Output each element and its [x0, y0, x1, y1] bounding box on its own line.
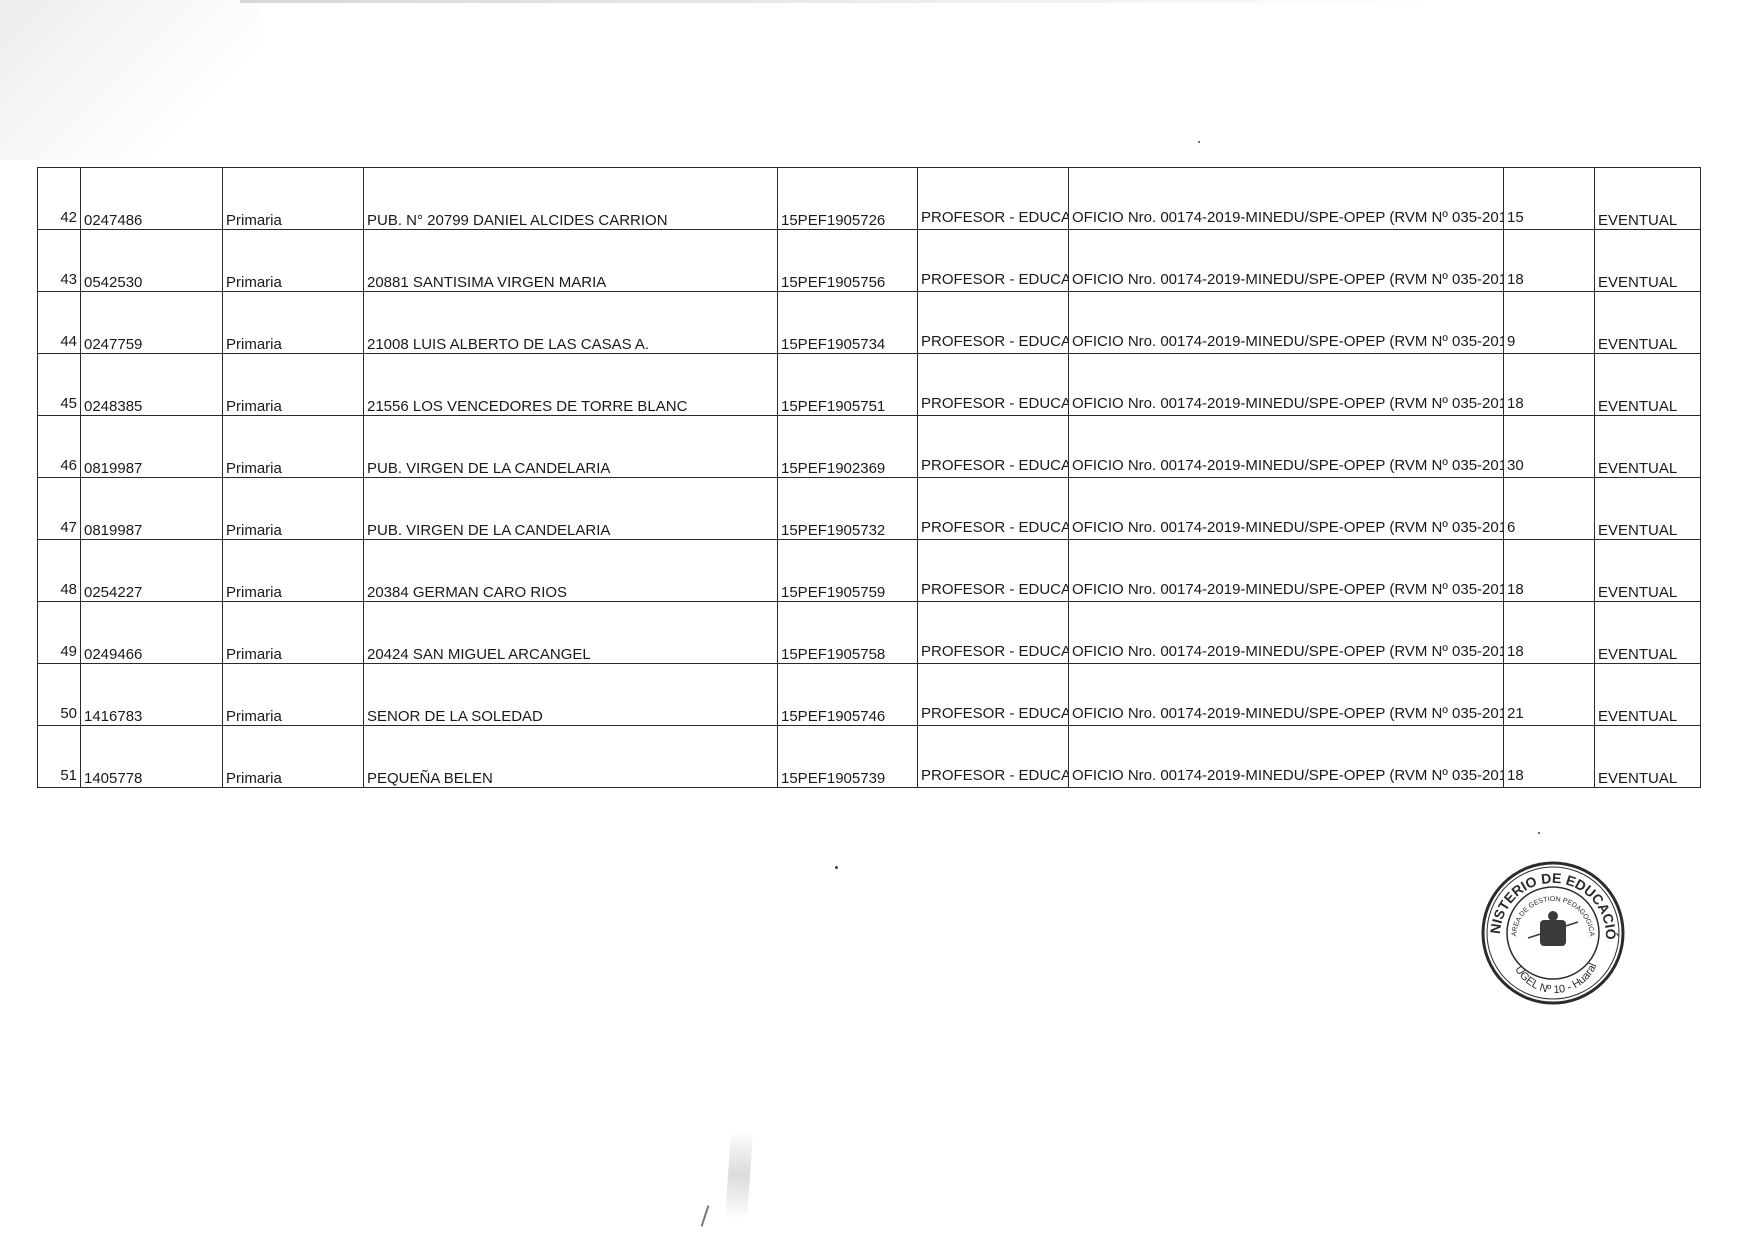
plaza-code: 15PEF1905756 [781, 273, 885, 292]
modular-code-cell: 0819987 [81, 478, 223, 540]
position-role: PROFESOR - EDUCACION FISICA [921, 456, 1069, 476]
position-role-cell: PROFESOR - EDUCACION FISICA [918, 292, 1069, 354]
modular-code: 0819987 [84, 521, 142, 540]
school-name-cell: PUB. VIRGEN DE LA CANDELARIA [364, 478, 778, 540]
school-name-cell: PEQUEÑA BELEN [364, 726, 778, 788]
plaza-code-cell: 15PEF1905746 [778, 664, 918, 726]
stamp-seal-icon: MINISTERIO DE EDUCACIÓN AREA DE GESTION … [1478, 858, 1628, 1008]
education-level: Primaria [226, 645, 282, 664]
plaza-code: 15PEF1905726 [781, 211, 885, 230]
position-role: PROFESOR - EDUCACION FISICA [921, 332, 1069, 352]
oficio-reference-cell: OFICIO Nro. 00174-2019-MINEDU/SPE-OPEP (… [1069, 354, 1504, 416]
plaza-code: 15PEF1905732 [781, 521, 885, 540]
oficio-reference-cell: OFICIO Nro. 00174-2019-MINEDU/SPE-OPEP (… [1069, 416, 1504, 478]
hours-count: 9 [1507, 332, 1515, 352]
hours-count-cell: 18 [1504, 726, 1595, 788]
modular-code-cell: 0247759 [81, 292, 223, 354]
school-name: 21008 LUIS ALBERTO DE LAS CASAS A. [367, 335, 649, 354]
school-name-cell: 21556 LOS VENCEDORES DE TORRE BLANC [364, 354, 778, 416]
hours-count: 18 [1507, 270, 1524, 290]
education-level-cell: Primaria [223, 168, 364, 230]
row-number-cell: 45 [38, 354, 81, 416]
education-level-cell: Primaria [223, 354, 364, 416]
modular-code: 0247486 [84, 211, 142, 230]
hours-count-cell: 21 [1504, 664, 1595, 726]
position-role-cell: PROFESOR - EDUCACION FISICA [918, 416, 1069, 478]
education-level-cell: Primaria [223, 230, 364, 292]
contract-type-cell: EVENTUAL [1595, 354, 1701, 416]
contract-type: EVENTUAL [1598, 769, 1677, 788]
hours-count: 21 [1507, 704, 1524, 724]
oficio-reference-cell: OFICIO Nro. 00174-2019-MINEDU/SPE-OPEP (… [1069, 602, 1504, 664]
contract-type-cell: EVENTUAL [1595, 664, 1701, 726]
plaza-code-cell: 15PEF1905739 [778, 726, 918, 788]
contract-type-cell: EVENTUAL [1595, 416, 1701, 478]
contract-type: EVENTUAL [1598, 211, 1677, 230]
modular-code: 0248385 [84, 397, 142, 416]
education-level: Primaria [226, 769, 282, 788]
contract-type: EVENTUAL [1598, 459, 1677, 478]
modular-code: 0542530 [84, 273, 142, 292]
education-level: Primaria [226, 397, 282, 416]
row-number-cell: 43 [38, 230, 81, 292]
modular-code-cell: 0249466 [81, 602, 223, 664]
oficio-reference-cell: OFICIO Nro. 00174-2019-MINEDU/SPE-OPEP (… [1069, 230, 1504, 292]
contract-type: EVENTUAL [1598, 335, 1677, 354]
row-number-cell: 42 [38, 168, 81, 230]
contract-type: EVENTUAL [1598, 583, 1677, 602]
plaza-code-cell: 15PEF1905734 [778, 292, 918, 354]
education-level-cell: Primaria [223, 416, 364, 478]
position-role: PROFESOR - EDUCACION FISICA [921, 766, 1069, 786]
school-name-cell: 21008 LUIS ALBERTO DE LAS CASAS A. [364, 292, 778, 354]
row-number: 43 [60, 270, 77, 290]
position-role: PROFESOR - EDUCACION FISICA [921, 208, 1069, 228]
position-role: PROFESOR - EDUCACION FISICA [921, 580, 1069, 600]
plaza-code: 15PEF1905759 [781, 583, 885, 602]
modular-code-cell: 0248385 [81, 354, 223, 416]
modular-code-cell: 0247486 [81, 168, 223, 230]
plaza-code: 15PEF1905758 [781, 645, 885, 664]
position-role: PROFESOR - EDUCACION FISICA [921, 394, 1069, 414]
modular-code-cell: 1416783 [81, 664, 223, 726]
contract-type-cell: EVENTUAL [1595, 292, 1701, 354]
oficio-reference-cell: OFICIO Nro. 00174-2019-MINEDU/SPE-OPEP (… [1069, 168, 1504, 230]
hours-count-cell: 18 [1504, 602, 1595, 664]
pen-mark [701, 1205, 710, 1227]
row-number: 48 [60, 580, 77, 600]
modular-code-cell: 1405778 [81, 726, 223, 788]
hours-count: 18 [1507, 766, 1524, 786]
contract-type: EVENTUAL [1598, 397, 1677, 416]
position-role: PROFESOR - EDUCACION FISICA [921, 704, 1069, 724]
contract-type: EVENTUAL [1598, 707, 1677, 726]
plaza-code: 15PEF1905751 [781, 397, 885, 416]
row-number: 50 [60, 704, 77, 724]
hours-count-cell: 6 [1504, 478, 1595, 540]
oficio-reference: OFICIO Nro. 00174-2019-MINEDU/SPE-OPEP (… [1072, 518, 1504, 538]
row-number-cell: 47 [38, 478, 81, 540]
education-level: Primaria [226, 583, 282, 602]
school-name: PEQUEÑA BELEN [367, 769, 493, 788]
education-level: Primaria [226, 459, 282, 478]
plaza-code-cell: 15PEF1905756 [778, 230, 918, 292]
row-number-cell: 50 [38, 664, 81, 726]
position-role: PROFESOR - EDUCACION FISICA [921, 642, 1069, 662]
table-row: 490249466Primaria20424 SAN MIGUEL ARCANG… [38, 602, 1701, 664]
hours-count: 15 [1507, 208, 1524, 228]
row-number: 47 [60, 518, 77, 538]
hours-count-cell: 15 [1504, 168, 1595, 230]
row-number-cell: 46 [38, 416, 81, 478]
education-level-cell: Primaria [223, 664, 364, 726]
oficio-reference-cell: OFICIO Nro. 00174-2019-MINEDU/SPE-OPEP (… [1069, 664, 1504, 726]
coat-of-arms-icon [1528, 911, 1578, 946]
oficio-reference: OFICIO Nro. 00174-2019-MINEDU/SPE-OPEP (… [1072, 332, 1504, 352]
education-level-cell: Primaria [223, 726, 364, 788]
school-name-cell: PUB. VIRGEN DE LA CANDELARIA [364, 416, 778, 478]
hours-count-cell: 18 [1504, 230, 1595, 292]
scan-edge [240, 0, 1440, 3]
school-name: PUB. N° 20799 DANIEL ALCIDES CARRION [367, 211, 668, 230]
row-number-cell: 51 [38, 726, 81, 788]
table-row: 440247759Primaria21008 LUIS ALBERTO DE L… [38, 292, 1701, 354]
school-name: 20384 GERMAN CARO RIOS [367, 583, 567, 602]
contract-type-cell: EVENTUAL [1595, 478, 1701, 540]
contract-type-cell: EVENTUAL [1595, 726, 1701, 788]
school-name: PUB. VIRGEN DE LA CANDELARIA [367, 521, 610, 540]
scan-speck [1198, 141, 1200, 143]
oficio-reference: OFICIO Nro. 00174-2019-MINEDU/SPE-OPEP (… [1072, 456, 1504, 476]
plaza-code-cell: 15PEF1902369 [778, 416, 918, 478]
hours-count-cell: 18 [1504, 540, 1595, 602]
table-row: 450248385Primaria21556 LOS VENCEDORES DE… [38, 354, 1701, 416]
contract-type: EVENTUAL [1598, 273, 1677, 292]
school-name-cell: 20424 SAN MIGUEL ARCANGEL [364, 602, 778, 664]
modular-code-cell: 0819987 [81, 416, 223, 478]
school-name-cell: 20881 SANTISIMA VIRGEN MARIA [364, 230, 778, 292]
hours-count-cell: 30 [1504, 416, 1595, 478]
modular-code: 1416783 [84, 707, 142, 726]
position-role: PROFESOR - EDUCACION FISICA [921, 270, 1069, 290]
table-row: 511405778PrimariaPEQUEÑA BELEN15PEF19057… [38, 726, 1701, 788]
plaza-code: 15PEF1905746 [781, 707, 885, 726]
table-row: 501416783PrimariaSENOR DE LA SOLEDAD15PE… [38, 664, 1701, 726]
education-level-cell: Primaria [223, 540, 364, 602]
oficio-reference: OFICIO Nro. 00174-2019-MINEDU/SPE-OPEP (… [1072, 766, 1504, 786]
position-role: PROFESOR - EDUCACION FISICA [921, 518, 1069, 538]
modular-code-cell: 0254227 [81, 540, 223, 602]
row-number: 49 [60, 642, 77, 662]
oficio-reference: OFICIO Nro. 00174-2019-MINEDU/SPE-OPEP (… [1072, 704, 1504, 724]
education-level: Primaria [226, 211, 282, 230]
row-number: 44 [60, 332, 77, 352]
table-row: 460819987PrimariaPUB. VIRGEN DE LA CANDE… [38, 416, 1701, 478]
hours-count-cell: 18 [1504, 354, 1595, 416]
school-name: SENOR DE LA SOLEDAD [367, 707, 543, 726]
contract-type: EVENTUAL [1598, 645, 1677, 664]
plaza-code: 15PEF1905739 [781, 769, 885, 788]
position-role-cell: PROFESOR - EDUCACION FISICA [918, 602, 1069, 664]
education-level-cell: Primaria [223, 602, 364, 664]
oficio-reference-cell: OFICIO Nro. 00174-2019-MINEDU/SPE-OPEP (… [1069, 292, 1504, 354]
scan-speck [835, 866, 838, 869]
position-role-cell: PROFESOR - EDUCACION FISICA [918, 726, 1069, 788]
modular-code: 0247759 [84, 335, 142, 354]
hours-count: 30 [1507, 456, 1524, 476]
education-level: Primaria [226, 335, 282, 354]
plaza-code: 15PEF1902369 [781, 459, 885, 478]
modular-code: 0254227 [84, 583, 142, 602]
modular-code: 1405778 [84, 769, 142, 788]
contract-type: EVENTUAL [1598, 521, 1677, 540]
row-number: 51 [60, 766, 77, 786]
modular-code: 0819987 [84, 459, 142, 478]
oficio-reference-cell: OFICIO Nro. 00174-2019-MINEDU/SPE-OPEP (… [1069, 726, 1504, 788]
school-name: 21556 LOS VENCEDORES DE TORRE BLANC [367, 397, 687, 416]
row-number: 45 [60, 394, 77, 414]
hours-count: 18 [1507, 642, 1524, 662]
education-level-cell: Primaria [223, 478, 364, 540]
school-name: PUB. VIRGEN DE LA CANDELARIA [367, 459, 610, 478]
table-row: 420247486PrimariaPUB. N° 20799 DANIEL AL… [38, 168, 1701, 230]
plaza-code-cell: 15PEF1905732 [778, 478, 918, 540]
education-level: Primaria [226, 521, 282, 540]
school-name: 20424 SAN MIGUEL ARCANGEL [367, 645, 591, 664]
official-stamp: MINISTERIO DE EDUCACIÓN AREA DE GESTION … [1478, 858, 1628, 1008]
modular-code-cell: 0542530 [81, 230, 223, 292]
oficio-reference: OFICIO Nro. 00174-2019-MINEDU/SPE-OPEP (… [1072, 642, 1504, 662]
row-number-cell: 49 [38, 602, 81, 664]
oficio-reference-cell: OFICIO Nro. 00174-2019-MINEDU/SPE-OPEP (… [1069, 478, 1504, 540]
plaza-code-cell: 15PEF1905758 [778, 602, 918, 664]
position-role-cell: PROFESOR - EDUCACION FISICA [918, 230, 1069, 292]
row-number-cell: 44 [38, 292, 81, 354]
oficio-reference: OFICIO Nro. 00174-2019-MINEDU/SPE-OPEP (… [1072, 580, 1504, 600]
plaza-code-cell: 15PEF1905726 [778, 168, 918, 230]
row-number-cell: 48 [38, 540, 81, 602]
position-role-cell: PROFESOR - EDUCACION FISICA [918, 540, 1069, 602]
position-role-cell: PROFESOR - EDUCACION FISICA [918, 478, 1069, 540]
oficio-reference: OFICIO Nro. 00174-2019-MINEDU/SPE-OPEP (… [1072, 208, 1504, 228]
plaza-code-cell: 15PEF1905751 [778, 354, 918, 416]
row-number: 46 [60, 456, 77, 476]
table-row: 470819987PrimariaPUB. VIRGEN DE LA CANDE… [38, 478, 1701, 540]
plaza-code-cell: 15PEF1905759 [778, 540, 918, 602]
hours-count: 18 [1507, 580, 1524, 600]
hours-count: 6 [1507, 518, 1515, 538]
school-name: 20881 SANTISIMA VIRGEN MARIA [367, 273, 606, 292]
position-role-cell: PROFESOR - EDUCACION FISICA [918, 664, 1069, 726]
education-level: Primaria [226, 273, 282, 292]
school-name-cell: PUB. N° 20799 DANIEL ALCIDES CARRION [364, 168, 778, 230]
contract-type-cell: EVENTUAL [1595, 602, 1701, 664]
table-row: 430542530Primaria20881 SANTISIMA VIRGEN … [38, 230, 1701, 292]
education-level: Primaria [226, 707, 282, 726]
modular-code: 0249466 [84, 645, 142, 664]
position-role-cell: PROFESOR - EDUCACION FISICA [918, 354, 1069, 416]
contract-type-cell: EVENTUAL [1595, 230, 1701, 292]
oficio-reference-cell: OFICIO Nro. 00174-2019-MINEDU/SPE-OPEP (… [1069, 540, 1504, 602]
scan-shadow [0, 0, 260, 160]
plaza-code: 15PEF1905734 [781, 335, 885, 354]
oficio-reference: OFICIO Nro. 00174-2019-MINEDU/SPE-OPEP (… [1072, 270, 1504, 290]
table-body: 420247486PrimariaPUB. N° 20799 DANIEL AL… [38, 168, 1701, 788]
contract-type-cell: EVENTUAL [1595, 168, 1701, 230]
education-level-cell: Primaria [223, 292, 364, 354]
position-role-cell: PROFESOR - EDUCACION FISICA [918, 168, 1069, 230]
hours-count: 18 [1507, 394, 1524, 414]
school-name-cell: 20384 GERMAN CARO RIOS [364, 540, 778, 602]
table-row: 480254227Primaria20384 GERMAN CARO RIOS1… [38, 540, 1701, 602]
hours-count-cell: 9 [1504, 292, 1595, 354]
assignment-table: 420247486PrimariaPUB. N° 20799 DANIEL AL… [37, 167, 1701, 788]
contract-type-cell: EVENTUAL [1595, 540, 1701, 602]
school-name-cell: SENOR DE LA SOLEDAD [364, 664, 778, 726]
pencil-smudge [725, 1129, 753, 1220]
row-number: 42 [60, 208, 77, 228]
scan-speck [1538, 832, 1540, 834]
oficio-reference: OFICIO Nro. 00174-2019-MINEDU/SPE-OPEP (… [1072, 394, 1504, 414]
